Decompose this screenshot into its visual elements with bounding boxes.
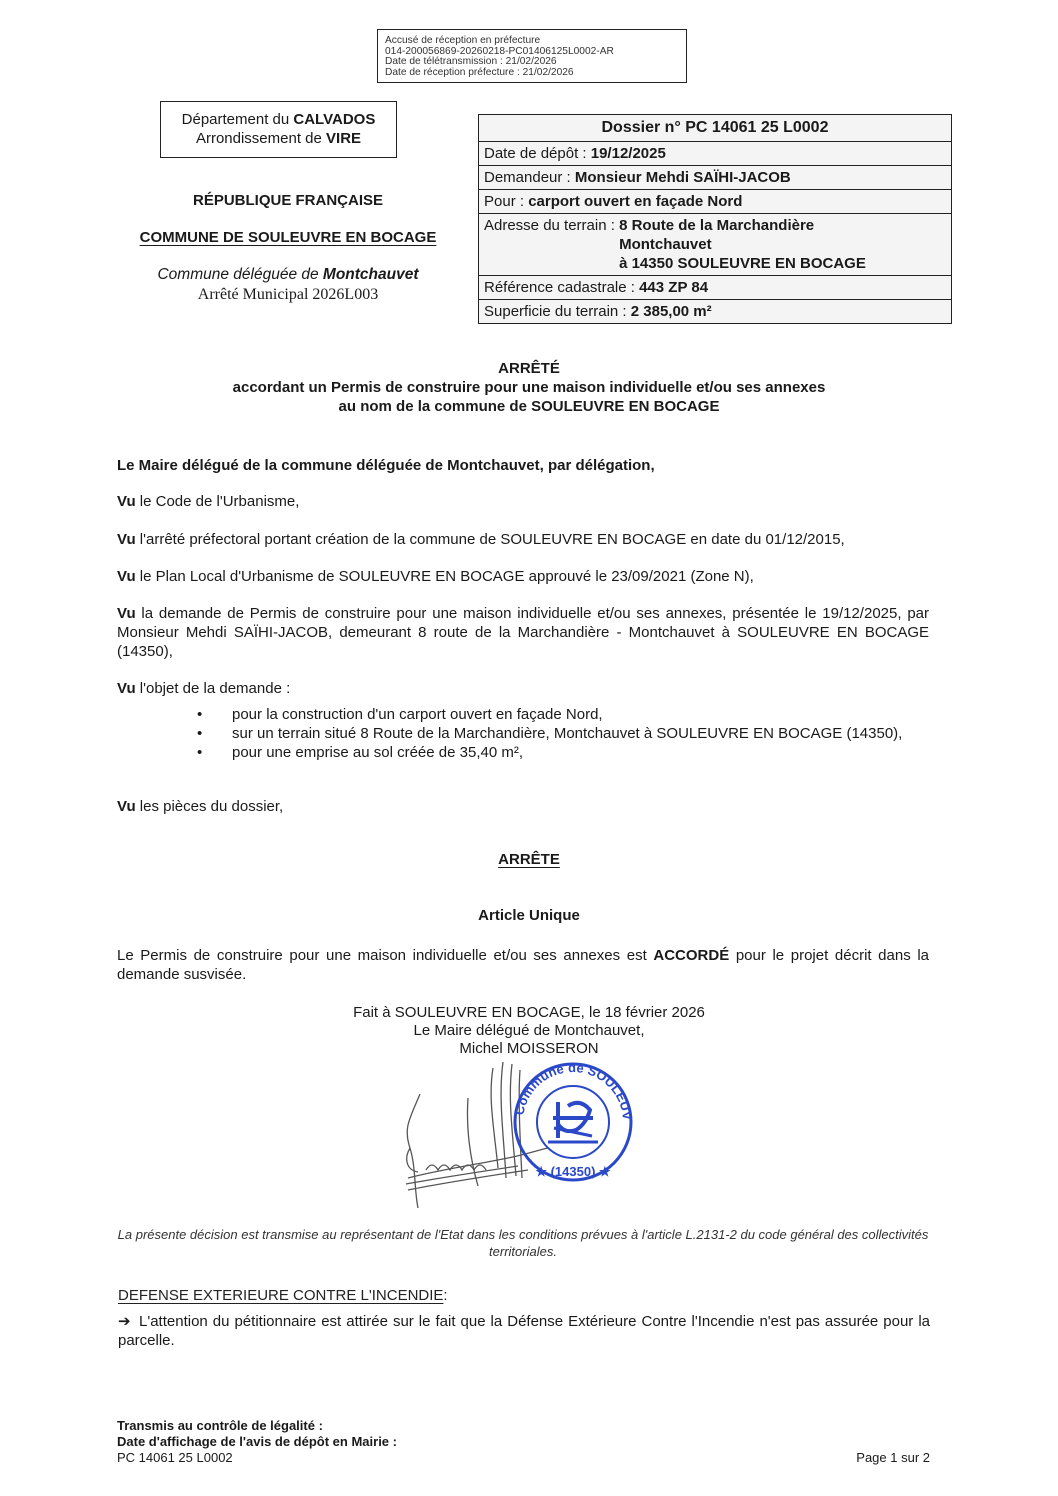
footer-display-date: Date d'affichage de l'avis de dépôt en M… — [117, 1434, 397, 1450]
decision-heading: ARRÊTE — [0, 851, 1058, 868]
svg-text:Commune de SOULEUVRE EN BOCAGE: Commune de SOULEUVRE EN BOCAGE — [398, 1058, 635, 1121]
area-row: Superficie du terrain : 2 385,00 m² — [479, 299, 951, 323]
vu-plu: Vu le Plan Local d'Urbanisme de SOULEUVR… — [117, 567, 929, 586]
vu-pieces: Vu les pièces du dossier, — [117, 797, 929, 816]
article-heading: Article Unique — [0, 907, 1058, 924]
handwritten-signature-icon: Commune de SOULEUVRE EN BOCAGE ★ (14350)… — [398, 1058, 658, 1218]
purpose-row: Pour : carport ouvert en façade Nord — [479, 189, 951, 213]
signature-place-date: Fait à SOULEUVRE EN BOCAGE, le 18 févrie… — [0, 1003, 1058, 1022]
signature-role: Le Maire délégué de Montchauvet, — [0, 1021, 1058, 1040]
receipt-line: Accusé de réception en préfecture — [385, 36, 686, 47]
page-number: Page 1 sur 2 — [856, 1450, 930, 1465]
list-item: sur un terrain situé 8 Route de la March… — [197, 724, 929, 743]
commune-heading: COMMUNE DE SOULEUVRE EN BOCAGE — [108, 229, 468, 246]
vu-arrete-prefectoral: Vu l'arrêté préfectoral portant création… — [117, 530, 929, 549]
decision-text: Le Permis de construire pour une maison … — [117, 946, 929, 984]
prefecture-receipt-box: Accusé de réception en préfecture 014-20… — [377, 29, 687, 83]
fire-defense-heading: DEFENSE EXTERIEURE CONTRE L'INCENDIE : — [118, 1287, 448, 1304]
signature-and-stamp: Commune de SOULEUVRE EN BOCAGE ★ (14350)… — [398, 1058, 658, 1218]
republic-heading: RÉPUBLIQUE FRANÇAISE — [108, 192, 468, 209]
department-line: Département du CALVADOS — [161, 110, 396, 129]
footer-legality: Transmis au contrôle de légalité : — [117, 1418, 397, 1434]
footer-info: Transmis au contrôle de légalité : Date … — [117, 1418, 397, 1466]
address-row: Adresse du terrain : 8 Route de la March… — [479, 213, 951, 275]
list-item: pour la construction d'un carport ouvert… — [197, 705, 929, 724]
cadastral-row: Référence cadastrale : 443 ZP 84 — [479, 275, 951, 299]
receipt-transmission-date: Date de télétransmission : 21/02/2026 — [385, 57, 686, 68]
applicant-row: Demandeur : Monsieur Mehdi SAÏHI-JACOB — [479, 165, 951, 189]
department-box: Département du CALVADOS Arrondissement d… — [160, 101, 397, 158]
vu-objet: Vu l'objet de la demande : — [117, 679, 929, 698]
document-title: ARRÊTÉ — [0, 360, 1058, 377]
svg-text:★ (14350) ★: ★ (14350) ★ — [535, 1164, 611, 1179]
mayor-statement: Le Maire délégué de la commune déléguée … — [117, 456, 929, 475]
list-item: pour une emprise au sol créée de 35,40 m… — [197, 743, 929, 762]
dossier-table: Dossier n° PC 14061 25 L0002 Date de dép… — [478, 114, 952, 324]
document-subtitle: accordant un Permis de construire pour u… — [0, 379, 1058, 396]
dossier-number: Dossier n° PC 14061 25 L0002 — [479, 115, 951, 141]
signature-name: Michel MOISSERON — [0, 1039, 1058, 1058]
arrondissement-line: Arrondissement de VIRE — [161, 129, 396, 148]
arrow-right-icon: ➔ — [118, 1312, 139, 1331]
vu-demande: Vu la demande de Permis de construire po… — [117, 604, 929, 661]
legal-mention: La présente décision est transmise au re… — [117, 1226, 929, 1260]
footer-dossier-ref: PC 14061 25 L0002 — [117, 1450, 397, 1466]
fire-defense-notice: ➔L'attention du pétitionnaire est attiré… — [118, 1312, 930, 1350]
request-object-list: pour la construction d'un carport ouvert… — [197, 705, 929, 762]
receipt-reception-date: Date de réception préfecture : 21/02/202… — [385, 68, 686, 79]
vu-code-urbanisme: Vu le Code de l'Urbanisme, — [117, 492, 929, 511]
delegated-commune: Commune déléguée de Montchauvet — [108, 266, 468, 284]
document-subtitle-2: au nom de la commune de SOULEUVRE EN BOC… — [0, 398, 1058, 415]
deposit-date-row: Date de dépôt : 19/12/2025 — [479, 141, 951, 165]
municipal-order-number: Arrêté Municipal 2026L003 — [108, 286, 468, 304]
